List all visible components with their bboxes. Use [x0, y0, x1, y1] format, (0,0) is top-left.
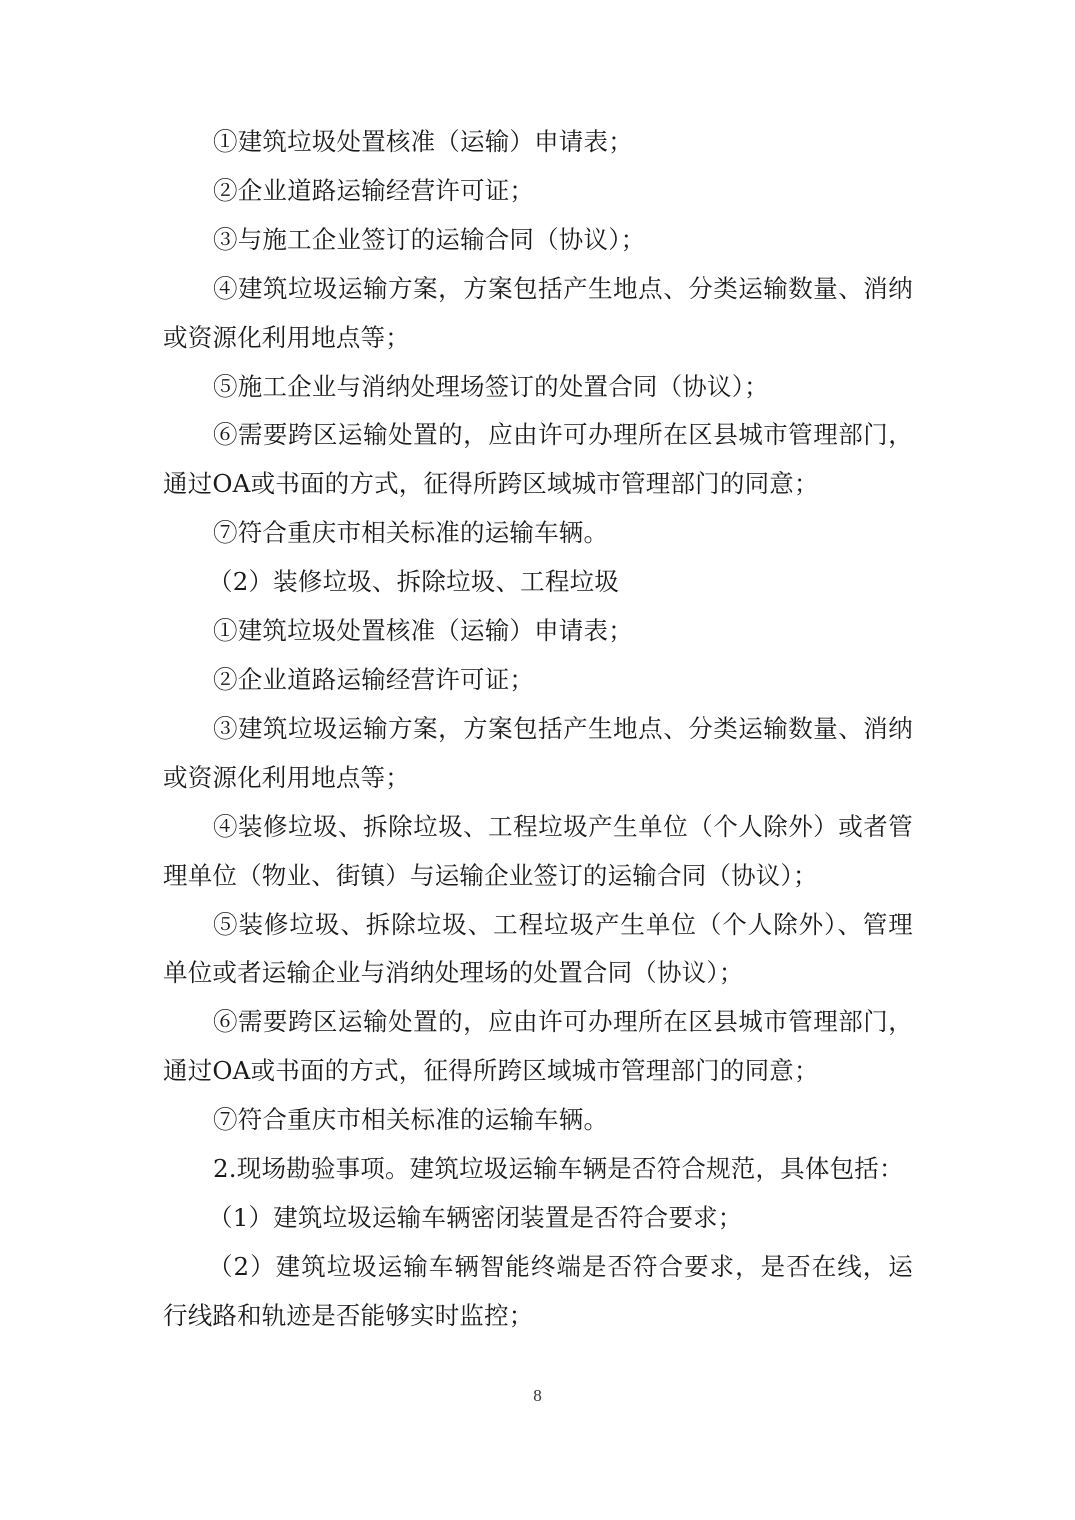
paragraph-smart-terminal: （2）建筑垃圾运输车辆智能终端是否符合要求，是否在线，运行线路和轨迹是否能够实时… — [163, 1243, 913, 1341]
paragraph-cross-district-1: ⑥需要跨区运输处置的，应由许可办理所在区县城市管理部门，通过OA或书面的方式，征… — [163, 411, 913, 509]
paragraph-transport-contract-2: ④装修垃圾、拆除垃圾、工程垃圾产生单位（个人除外）或者管理单位（物业、街镇）与运… — [163, 803, 913, 901]
paragraph-sealing-device: （1）建筑垃圾运输车辆密闭装置是否符合要求； — [163, 1194, 913, 1243]
paragraph-transport-plan-2: ③建筑垃圾运输方案，方案包括产生地点、分类运输数量、消纳或资源化利用地点等； — [163, 705, 913, 803]
paragraph-transport-contract-1: ③与施工企业签订的运输合同（协议）； — [163, 216, 913, 265]
page-number: 8 — [0, 1386, 1075, 1406]
section-heading-renovation-waste: （2）装修垃圾、拆除垃圾、工程垃圾 — [163, 558, 913, 607]
document-page: ①建筑垃圾处置核准（运输）申请表； ②企业道路运输经营许可证； ③与施工企业签订… — [0, 0, 1075, 1520]
paragraph-disposal-contract-1: ⑤施工企业与消纳处理场签订的处置合同（协议）； — [163, 363, 913, 412]
document-body: ①建筑垃圾处置核准（运输）申请表； ②企业道路运输经营许可证； ③与施工企业签订… — [163, 118, 913, 1341]
paragraph-app-form-1: ①建筑垃圾处置核准（运输）申请表； — [163, 118, 913, 167]
paragraph-transport-license-1: ②企业道路运输经营许可证； — [163, 167, 913, 216]
paragraph-vehicles-2: ⑦符合重庆市相关标准的运输车辆。 — [163, 1096, 913, 1145]
paragraph-cross-district-2: ⑥需要跨区运输处置的，应由许可办理所在区县城市管理部门，通过OA或书面的方式，征… — [163, 998, 913, 1096]
paragraph-vehicles-1: ⑦符合重庆市相关标准的运输车辆。 — [163, 509, 913, 558]
paragraph-transport-license-2: ②企业道路运输经营许可证； — [163, 656, 913, 705]
paragraph-disposal-contract-2: ⑤装修垃圾、拆除垃圾、工程垃圾产生单位（个人除外）、管理单位或者运输企业与消纳处… — [163, 901, 913, 999]
paragraph-transport-plan-1: ④建筑垃圾运输方案，方案包括产生地点、分类运输数量、消纳或资源化利用地点等； — [163, 265, 913, 363]
paragraph-app-form-2: ①建筑垃圾处置核准（运输）申请表； — [163, 607, 913, 656]
section-heading-site-inspection: 2.现场勘验事项。建筑垃圾运输车辆是否符合规范，具体包括： — [163, 1145, 913, 1194]
